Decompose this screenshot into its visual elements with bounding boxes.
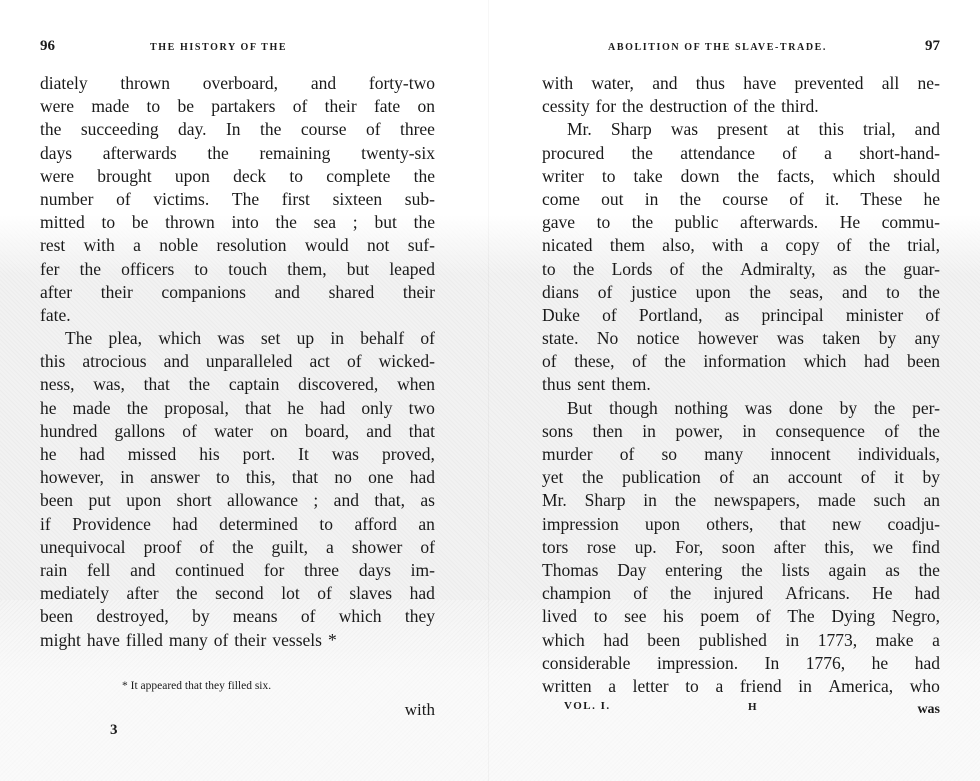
text-line: cessityforthedestructionofthethird. — [542, 95, 940, 118]
text-line: beendestroyed,bymeansofwhichthey — [40, 605, 435, 628]
text-line: hundredgallonsofwateronboard,andthat — [40, 420, 435, 443]
text-line: Mr.Sharpwaspresentatthistrial,and — [542, 118, 940, 141]
running-head: ABOLITION OF THE SLAVE-TRADE. 97 — [542, 38, 940, 58]
page-number: 96 — [40, 38, 55, 55]
text-line: diansofjusticeupontheseas,andtothe — [542, 281, 940, 304]
text-line: comeoutinthecourseofit.Thesehe — [542, 188, 940, 211]
text-line: mighthavefilledmanyoftheirvessels* — [40, 629, 435, 652]
text-line: fate. — [40, 304, 435, 327]
footnote: * It appeared that they filled six. — [122, 680, 271, 692]
text-line: restwithanobleresolutionwouldnotsuf- — [40, 234, 435, 257]
text-line: procuredtheattendanceofashort-hand- — [542, 142, 940, 165]
text-line: ThomasDayenteringthelistsagainasthe — [542, 559, 940, 582]
text-line: beenputuponshortallowance;andthat,as — [40, 489, 435, 512]
text-line: weremadetobepartakersoftheirfateon — [40, 95, 435, 118]
text-line: ifProvidencehaddeterminedtoaffordan — [40, 513, 435, 536]
catchword: was — [917, 702, 940, 718]
text-line: state.Nonoticehoweverwastakenbyany — [542, 327, 940, 350]
running-head: 96 THE HISTORY OF THE — [40, 38, 435, 58]
text-line: Theplea,whichwassetupinbehalfof — [40, 327, 435, 350]
text-line: writertotakedownthefacts,whichshould — [542, 165, 940, 188]
body-text: withwater,andthushavepreventedallne-cess… — [542, 72, 940, 698]
text-line: ofthese,oftheinformationwhichhadbeen — [542, 350, 940, 373]
text-line: totheLordsoftheAdmiralty,astheguar- — [542, 258, 940, 281]
text-line: impressionuponothers,thatnewcoadju- — [542, 513, 940, 536]
catchword: with — [405, 700, 435, 720]
text-line: thisatrociousandunparalleledactofwicked- — [40, 350, 435, 373]
volume-mark: VOL. I. — [564, 700, 611, 712]
text-line: daysafterwardstheremainingtwenty-six — [40, 142, 435, 165]
text-line: werebroughtupondecktocompletethe — [40, 165, 435, 188]
right-page: ABOLITION OF THE SLAVE-TRADE. 97 withwat… — [542, 0, 940, 781]
text-line: hehadmissedhisport.Itwasproved, — [40, 443, 435, 466]
signature-mark: 3 — [110, 722, 118, 739]
text-line: rainfellandcontinuedforthreedaysim- — [40, 559, 435, 582]
text-line: considerableimpression.In1776,hehad — [542, 652, 940, 675]
book-spread: 96 THE HISTORY OF THE diatelythrownoverb… — [0, 0, 980, 781]
running-head-title: ABOLITION OF THE SLAVE-TRADE. — [608, 42, 827, 53]
signature-mark: H — [748, 701, 757, 713]
text-line: gavetothepublicafterwards.Hecommu- — [542, 211, 940, 234]
body-text: diatelythrownoverboard,andforty-twowerem… — [40, 72, 435, 652]
text-line: thesucceedingday.Inthecourseofthree — [40, 118, 435, 141]
running-head-title: THE HISTORY OF THE — [150, 42, 287, 53]
text-line: whichhadbeenpublishedin1773,makea — [542, 629, 940, 652]
page-number: 97 — [925, 38, 940, 55]
text-line: yetthepublicationofanaccountofitby — [542, 466, 940, 489]
gutter — [488, 0, 489, 781]
text-line: hemadetheproposal,thathehadonlytwo — [40, 397, 435, 420]
text-line: unequivocalproofoftheguilt,ashowerof — [40, 536, 435, 559]
text-line: fertheofficerstotouchthem,butleaped — [40, 258, 435, 281]
text-line: withwater,andthushavepreventedallne- — [542, 72, 940, 95]
text-line: writtenalettertoafriendinAmerica,who — [542, 675, 940, 698]
text-line: livedtoseehispoemofTheDyingNegro, — [542, 605, 940, 628]
text-line: mediatelyafterthesecondlotofslaveshad — [40, 582, 435, 605]
text-line: however,inanswertothis,thatnoonehad — [40, 466, 435, 489]
text-line: championoftheinjuredAfricans.Hehad — [542, 582, 940, 605]
text-line: torsroseup.For,soonafterthis,wefind — [542, 536, 940, 559]
text-line: sonstheninpower,inconsequenceofthe — [542, 420, 940, 443]
text-line: murderofsomanyinnocentindividuals, — [542, 443, 940, 466]
text-line: diatelythrownoverboard,andforty-two — [40, 72, 435, 95]
text-line: Butthoughnothingwasdonebytheper- — [542, 397, 940, 420]
text-line: DukeofPortland,asprincipalministerof — [542, 304, 940, 327]
left-page: 96 THE HISTORY OF THE diatelythrownoverb… — [40, 0, 435, 781]
text-line: Mr.Sharpinthenewspapers,madesuchan — [542, 489, 940, 512]
text-line: thussentthem. — [542, 373, 940, 396]
text-line: numberofvictims.Thefirstsixteensub- — [40, 188, 435, 211]
text-line: aftertheircompanionsandsharedtheir — [40, 281, 435, 304]
text-line: mittedtobethrownintothesea;butthe — [40, 211, 435, 234]
text-line: ness,was,thatthecaptaindiscovered,when — [40, 373, 435, 396]
text-line: nicatedthemalso,withacopyofthetrial, — [542, 234, 940, 257]
